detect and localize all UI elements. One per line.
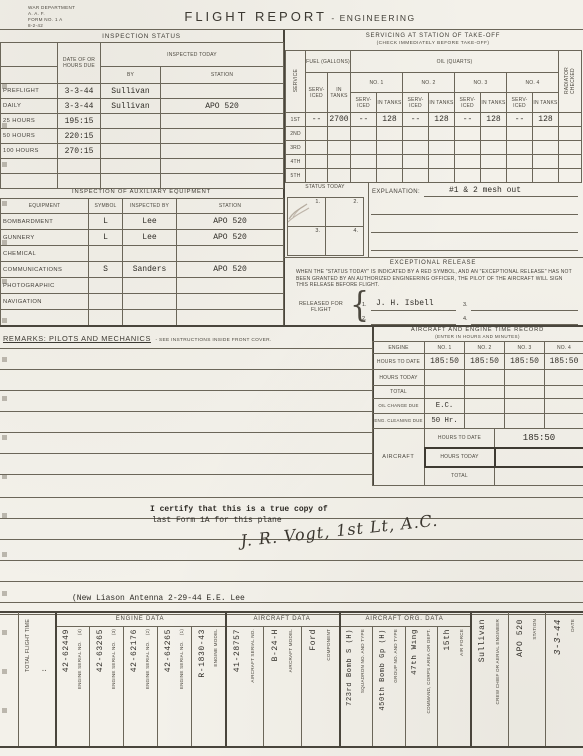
fuel-in-tanks-header: IN TANKS <box>328 73 351 113</box>
status-cell-2: 2. <box>326 198 364 227</box>
remarks-line <box>0 474 372 475</box>
due-value: 3-3-44 <box>58 99 101 114</box>
oil-value <box>403 169 429 183</box>
station-header: STATION <box>161 67 284 84</box>
bottom-col-date: 3-3-44 DATE <box>545 616 583 744</box>
date-value: 3-3-44 <box>553 619 563 655</box>
by-value <box>101 159 161 174</box>
station-value <box>177 246 284 262</box>
serviced-subheader: SERV-ICED <box>455 93 481 113</box>
equipment-label: COMMUNICATIONS <box>1 262 89 278</box>
inspection-status-table: DATE OF OR HOURS DUE INSPECTED TODAY BY … <box>0 42 284 189</box>
release-line-number: 1. <box>362 302 367 308</box>
aircraft-hours-to-date-label: HOURS TO DATE <box>425 429 495 448</box>
aircraft-hours-to-date-value: 185:50 <box>495 429 583 448</box>
flight-report-form-scan: WAR DEPARTMENT A. A. F. FORM NO. 1 A 8-2… <box>0 0 583 756</box>
bottom-col-command: 47th Wing COMMAND, CORPS AREA OR DEPT. <box>405 626 437 746</box>
due-value: 220:15 <box>58 129 101 144</box>
engine-serial-1-label: ENGINE SERIAL NO.(1) <box>179 629 184 689</box>
aux-equipment-title: INSPECTION OF AUXILIARY EQUIPMENT <box>0 189 283 195</box>
by-value: Sullivan <box>101 84 161 99</box>
oil-value <box>429 127 455 141</box>
total-value <box>505 386 545 399</box>
aircraft-model-value: B-24-H <box>271 629 280 661</box>
station-value <box>161 144 284 159</box>
oil-value <box>403 127 429 141</box>
by-header: BY <box>101 67 161 84</box>
hours-to-date-value: 185:50 <box>425 354 465 370</box>
due-value: 195:15 <box>58 114 101 129</box>
oil-value: -- <box>403 113 429 127</box>
oil-value <box>455 155 481 169</box>
explanation-line <box>424 196 578 197</box>
oil-value <box>533 169 559 183</box>
cleaning-value: 50 Hr. <box>425 414 465 429</box>
hours-today-value <box>425 370 465 386</box>
symbol-value <box>89 294 123 310</box>
oil-value <box>507 169 533 183</box>
inspected-by-value: Lee <box>123 230 177 246</box>
remarks-line <box>0 560 583 561</box>
air-force-value: 15th <box>443 629 452 651</box>
engine-serial-2-value: 42-62176 <box>130 629 139 672</box>
fuel-serviced-value <box>306 155 328 169</box>
equipment-label <box>1 310 89 326</box>
equipment-header: EQUIPMENT <box>1 199 89 214</box>
component-label: COMPONENT <box>326 629 331 661</box>
station-value: APO 520 <box>177 230 284 246</box>
release-line-number: 2. <box>362 316 367 322</box>
station-label: STATION <box>532 619 537 640</box>
title-suffix: - ENGINEERING <box>331 13 415 23</box>
certify-line-1: I certify that this is a true copy of <box>150 505 328 514</box>
service-vertical-header: SERVICE <box>286 51 306 113</box>
oil-value <box>403 141 429 155</box>
fuel-serviced-header: SERV-ICED <box>306 73 328 113</box>
radiator-cell <box>559 155 582 169</box>
status-today-title: STATUS TODAY <box>303 184 347 190</box>
symbol-value <box>89 278 123 294</box>
bottom-col-aircraft-serial: 41-28757 AIRCRAFT SERIAL NO. <box>225 626 263 746</box>
engine-serial-3-label: ENGINE SERIAL NO.(3) <box>111 629 116 689</box>
cell <box>1 67 58 84</box>
row-label: DAILY <box>1 99 58 114</box>
engine-time-subtitle: (ENTER IN HOURS AND MINUTES) <box>372 334 583 339</box>
equipment-label: GUNNERY <box>1 230 89 246</box>
row-label: PREFLIGHT <box>1 84 58 99</box>
engine-no1-header: NO. 1 <box>425 342 465 354</box>
bottom-col-engine-serial-4: 42-62449 ENGINE SERIAL NO.(4) <box>55 626 89 746</box>
oil-value <box>429 169 455 183</box>
release-signature-1: J. H. Isbell <box>376 299 434 308</box>
remarks-line <box>0 411 372 412</box>
command-value: 47th Wing <box>411 629 419 675</box>
bottom-col-group: 450th Bomb Gp (H) GROUP NO. AND TYPE <box>372 626 405 746</box>
aircraft-hours-today-value <box>495 448 583 467</box>
station-value: APO 520 <box>161 99 284 114</box>
remarks-line <box>0 497 583 498</box>
release-line-number: 3. <box>463 302 468 308</box>
release-line-number: 4. <box>463 316 468 322</box>
row-label <box>1 174 58 189</box>
inspected-today-header: INSPECTED TODAY <box>101 43 284 67</box>
title-main: FLIGHT REPORT <box>184 9 327 24</box>
aircraft-label: AIRCRAFT <box>373 429 425 486</box>
aircraft-data-group-header: AIRCRAFT DATA <box>225 613 339 627</box>
bottom-col-air-force: 15th AIR FORCE <box>437 626 470 746</box>
exceptional-release-title: EXCEPTIONAL RELEASE <box>283 260 583 266</box>
remarks-header: REMARKS: PILOTS AND MECHANICS - SEE INST… <box>3 328 272 346</box>
by-value <box>101 129 161 144</box>
oil-value <box>377 155 403 169</box>
bottom-col-crew-chief: Sullivan CREW CHIEF OR AERIAL ENGINEER <box>470 616 508 744</box>
fuel-tanks-value <box>328 127 351 141</box>
due-value: 3-3-44 <box>58 84 101 99</box>
oil-value: 128 <box>429 113 455 127</box>
aux-equipment-table: EQUIPMENT SYMBOL INSPECTED BY STATION BO… <box>0 198 284 326</box>
group-value: 450th Bomb Gp (H) <box>379 629 387 711</box>
remarks-note: - SEE INSTRUCTIONS INSIDE FRONT COVER. <box>155 338 271 343</box>
station-value <box>161 114 284 129</box>
bottom-col-aircraft-model: B-24-H AIRCRAFT MODEL <box>263 626 301 746</box>
oil-change-value: E.C. <box>425 399 465 414</box>
station-value <box>161 174 284 189</box>
bottom-col-engine-serial-3: 42-63265 ENGINE SERIAL NO.(3) <box>89 626 123 746</box>
fuel-tanks-value <box>328 169 351 183</box>
serviced-subheader: SERV-ICED <box>403 93 429 113</box>
radiator-vertical-header: RADIATOR CHECKED <box>559 51 582 113</box>
explanation-line <box>371 214 578 215</box>
oil-value <box>507 127 533 141</box>
hours-today-value <box>465 370 505 386</box>
bottom-col-component: Ford COMPONENT <box>301 626 339 746</box>
inspected-by-header: INSPECTED BY <box>123 199 177 214</box>
station-value: APO 520 <box>516 619 525 657</box>
engine-data-group-header: ENGINE DATA <box>55 613 225 627</box>
remarks-line <box>0 518 583 519</box>
bottom-col-engine-serial-1: 42-64265 ENGINE SERIAL NO.(1) <box>157 626 191 746</box>
cleaning-value <box>465 414 505 429</box>
symbol-value <box>89 246 123 262</box>
remarks-line <box>0 390 372 391</box>
release-line <box>471 310 578 311</box>
fuel-serviced-value: -- <box>306 113 328 127</box>
cell <box>1 43 58 67</box>
oil-value: 128 <box>533 113 559 127</box>
aircraft-serial-label: AIRCRAFT SERIAL NO. <box>250 629 255 683</box>
servicing-subtitle: (CHECK IMMEDIATELY BEFORE TAKE-OFF) <box>283 41 583 46</box>
fuel-tanks-value: 2700 <box>328 113 351 127</box>
engine-no4-header: NO. 4 <box>545 342 583 354</box>
oil-no2-header: NO. 2 <box>403 73 455 93</box>
symbol-value: L <box>89 214 123 230</box>
oil-value <box>533 141 559 155</box>
command-label: COMMAND, CORPS AREA OR DEPT. <box>426 629 431 713</box>
due-value <box>58 174 101 189</box>
symbol-header: SYMBOL <box>89 199 123 214</box>
aircraft-hours-today-label: HOURS TODAY <box>425 448 495 467</box>
station-value <box>177 294 284 310</box>
released-for-flight-label: RELEASED FOR FLIGHT <box>294 301 348 314</box>
radiator-cell <box>559 113 582 127</box>
engine-no2-header: NO. 2 <box>465 342 505 354</box>
oil-value <box>377 127 403 141</box>
total-flight-time-label: TOTAL FLIGHT TIME <box>25 619 31 672</box>
bottom-col-engine-model: R-1830-43 ENGINE MODEL <box>191 626 225 746</box>
aircraft-org-data-group-header: AIRCRAFT ORG. DATA <box>339 613 470 627</box>
crew-chief-value: Sullivan <box>478 619 487 662</box>
in-tanks-subheader: IN TANKS <box>533 93 559 113</box>
oil-value <box>455 127 481 141</box>
oil-value <box>481 127 507 141</box>
remarks-line <box>0 581 583 582</box>
servicing-table: SERVICE FUEL (GALLONS) OIL (QUARTS) RADI… <box>285 50 582 183</box>
explanation-label: EXPLANATION: <box>372 189 420 195</box>
divider <box>0 29 583 30</box>
oil-value: -- <box>455 113 481 127</box>
remarks-title: REMARKS: PILOTS AND MECHANICS <box>3 334 151 343</box>
oil-value <box>377 141 403 155</box>
remarks-line <box>0 432 372 433</box>
in-tanks-subheader: IN TANKS <box>377 93 403 113</box>
row-label <box>1 159 58 174</box>
total-flight-time-column: TOTAL FLIGHT TIME : <box>18 616 55 744</box>
oil-value: 128 <box>377 113 403 127</box>
hours-today-value <box>505 370 545 386</box>
oil-value <box>351 155 377 169</box>
serviced-subheader: SERV-ICED <box>507 93 533 113</box>
row-label: 100 HOURS <box>1 144 58 159</box>
equipment-label: NAVIGATION <box>1 294 89 310</box>
aircraft-model-label: AIRCRAFT MODEL <box>288 629 293 672</box>
air-force-label: AIR FORCE <box>459 629 464 656</box>
station-value <box>161 84 284 99</box>
total-value <box>545 386 583 399</box>
fuel-serviced-value <box>306 141 328 155</box>
bottom-col-engine-serial-2: 42-62176 ENGINE SERIAL NO.(2) <box>123 626 157 746</box>
bottom-col-station: APO 520 STATION <box>508 616 545 744</box>
oil-value: -- <box>507 113 533 127</box>
oil-change-value <box>505 399 545 414</box>
oil-value <box>455 141 481 155</box>
service-row-label: 4TH <box>286 155 306 169</box>
engine-serial-1-value: 42-64265 <box>164 629 173 672</box>
form-number-block: WAR DEPARTMENT A. A. F. FORM NO. 1 A 8-2… <box>28 5 75 29</box>
total-label: TOTAL <box>373 386 425 399</box>
equipment-label: CHEMICAL <box>1 246 89 262</box>
station-header: STATION <box>177 199 284 214</box>
squadron-value: 723rd Bomb S (H) <box>346 629 354 706</box>
fuel-tanks-value <box>328 141 351 155</box>
service-row-label: 5TH <box>286 169 306 183</box>
aircraft-total-label: TOTAL <box>425 467 495 486</box>
station-value <box>177 310 284 326</box>
divider <box>0 746 583 748</box>
aircraft-total-value <box>495 467 583 486</box>
inspection-status-title: INSPECTION STATUS <box>0 33 283 40</box>
fuel-header: FUEL (GALLONS) <box>306 51 351 73</box>
station-value <box>161 159 284 174</box>
explanation-value: #1 & 2 mesh out <box>449 186 521 195</box>
service-row-label: 3RD <box>286 141 306 155</box>
oil-value <box>533 127 559 141</box>
fuel-tanks-value <box>328 155 351 169</box>
oil-no1-header: NO. 1 <box>351 73 403 93</box>
oil-value <box>455 169 481 183</box>
oil-value <box>507 141 533 155</box>
oil-value <box>481 155 507 169</box>
engine-header: ENGINE <box>373 342 425 354</box>
red-status-symbol-scribble <box>286 201 312 225</box>
total-value <box>425 386 465 399</box>
engine-serial-4-value: 42-62449 <box>62 629 71 672</box>
radiator-cell <box>559 169 582 183</box>
oil-value: -- <box>351 113 377 127</box>
oil-value <box>351 141 377 155</box>
hours-today-value <box>545 370 583 386</box>
remarks-line <box>0 348 372 349</box>
hours-to-date-label: HOURS TO DATE <box>373 354 425 370</box>
row-label: 25 HOURS <box>1 114 58 129</box>
oil-value <box>377 169 403 183</box>
by-value <box>101 114 161 129</box>
row-label: 50 HOURS <box>1 129 58 144</box>
equipment-label: BOMBARDMENT <box>1 214 89 230</box>
cleaning-value <box>545 414 583 429</box>
explanation-line <box>371 250 578 251</box>
dept-line: 8-2-42 <box>28 23 75 29</box>
aircraft-serial-value: 41-28757 <box>233 629 242 672</box>
symbol-value: S <box>89 262 123 278</box>
servicing-title: SERVICING AT STATION OF TAKE-OFF <box>283 33 583 39</box>
oil-value <box>533 155 559 169</box>
engine-serial-4-label: ENGINE SERIAL NO.(4) <box>77 629 82 689</box>
hours-to-date-value: 185:50 <box>545 354 583 370</box>
antenna-note: (New Liason Antenna 2-29-44 E.E. Lee <box>72 594 245 603</box>
oil-value <box>481 141 507 155</box>
station-value: APO 520 <box>177 214 284 230</box>
crew-chief-label: CREW CHIEF OR AERIAL ENGINEER <box>495 619 500 705</box>
fuel-serviced-value <box>306 169 328 183</box>
exceptional-release-body: WHEN THE "STATUS TODAY" IS INDICATED BY … <box>296 269 572 289</box>
oil-header: OIL (QUARTS) <box>351 51 559 73</box>
serviced-subheader: SERV-ICED <box>351 93 377 113</box>
equipment-label: PHOTOGRAPHIC <box>1 278 89 294</box>
squadron-label: SQUADRON NO. AND TYPE <box>360 629 365 693</box>
status-cell-3: 3. <box>288 227 326 256</box>
engine-cleaning-due-label: ENG. CLEANING DUE <box>373 414 425 429</box>
engine-model-label: ENGINE MODEL <box>213 629 218 667</box>
due-value <box>58 159 101 174</box>
engine-time-table: ENGINE NO. 1 NO. 2 NO. 3 NO. 4 HOURS TO … <box>372 341 583 429</box>
symbol-value <box>89 310 123 326</box>
flight-time-mark: : <box>39 669 48 672</box>
bottom-col-squadron: 723rd Bomb S (H) SQUADRON NO. AND TYPE <box>339 626 372 746</box>
date-label: DATE <box>570 619 575 632</box>
component-value: Ford <box>309 629 318 651</box>
divider <box>368 182 369 257</box>
due-value: 270:15 <box>58 144 101 159</box>
service-row-label: 1ST <box>286 113 306 127</box>
oil-change-value <box>545 399 583 414</box>
in-tanks-subheader: IN TANKS <box>481 93 507 113</box>
explanation-line <box>371 232 578 233</box>
inspected-by-value: Sanders <box>123 262 177 278</box>
remarks-line <box>0 369 372 370</box>
certify-line-2: last Form 1A for this plane <box>152 516 282 525</box>
station-value <box>177 278 284 294</box>
oil-no4-header: NO. 4 <box>507 73 559 93</box>
engine-no3-header: NO. 3 <box>505 342 545 354</box>
divider <box>283 257 583 258</box>
remarks-line <box>0 453 372 454</box>
station-value: APO 520 <box>177 262 284 278</box>
total-value <box>465 386 505 399</box>
oil-value <box>429 141 455 155</box>
engine-time-title: AIRCRAFT AND ENGINE TIME RECORD <box>372 327 583 333</box>
oil-value <box>351 169 377 183</box>
fuel-serviced-value <box>306 127 328 141</box>
oil-value <box>507 155 533 169</box>
symbol-value: L <box>89 230 123 246</box>
by-value: Sullivan <box>101 99 161 114</box>
page-title: FLIGHT REPORT - ENGINEERING <box>120 8 480 26</box>
radiator-cell <box>559 127 582 141</box>
oil-change-value <box>465 399 505 414</box>
by-value <box>101 144 161 159</box>
engine-serial-2-label: ENGINE SERIAL NO.(2) <box>145 629 150 689</box>
inspected-by-value <box>123 246 177 262</box>
engine-model-value: R-1830-43 <box>198 629 207 678</box>
service-row-label: 2ND <box>286 127 306 141</box>
oil-value <box>351 127 377 141</box>
oil-value <box>429 155 455 169</box>
status-cell-4: 4. <box>326 227 364 256</box>
by-value <box>101 174 161 189</box>
oil-change-due-label: OIL CHANGE DUE <box>373 399 425 414</box>
oil-value <box>403 155 429 169</box>
oil-value: 128 <box>481 113 507 127</box>
hours-to-date-value: 185:50 <box>465 354 505 370</box>
release-line <box>371 310 456 311</box>
radiator-cell <box>559 141 582 155</box>
inspected-by-value <box>123 294 177 310</box>
inspected-by-value: Lee <box>123 214 177 230</box>
hours-today-label: HOURS TODAY <box>373 370 425 386</box>
inspected-by-value <box>123 310 177 326</box>
due-header: DATE OF OR HOURS DUE <box>58 43 101 84</box>
inspected-by-value <box>123 278 177 294</box>
cleaning-value <box>505 414 545 429</box>
group-label: GROUP NO. AND TYPE <box>393 629 398 683</box>
oil-value <box>481 169 507 183</box>
aircraft-time-table: AIRCRAFT HOURS TO DATE 185:50 HOURS TODA… <box>372 428 583 486</box>
oil-no3-header: NO. 3 <box>455 73 507 93</box>
hours-to-date-value: 185:50 <box>505 354 545 370</box>
in-tanks-subheader: IN TANKS <box>429 93 455 113</box>
station-value <box>161 129 284 144</box>
engine-serial-3-value: 42-63265 <box>96 629 105 672</box>
